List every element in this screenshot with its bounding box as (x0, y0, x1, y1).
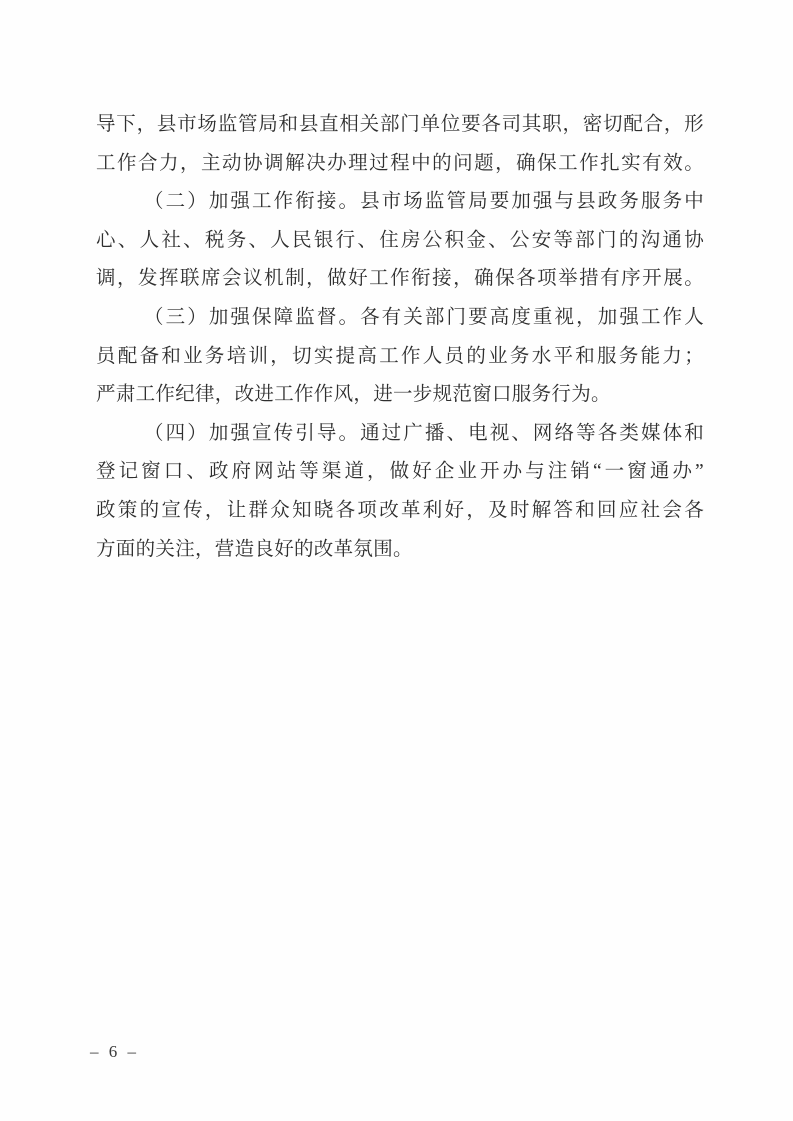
body-line: （三）加强保障监督。各有关部门要高度重视，加强工作人 (96, 299, 704, 338)
paragraph: 导下，县市场监管局和县直相关部门单位要各司其职，密切配合，形成工作合力，主动协调… (96, 106, 704, 183)
body-line: 政策的宣传，让群众知晓各项改革利好，及时解答和回应社会各 (96, 492, 704, 531)
body-line: 方面的关注，营造良好的改革氛围。 (96, 531, 704, 570)
body-line: 心、人社、税务、人民银行、住房公积金、公安等部门的沟通协 (96, 222, 704, 261)
body-line: 调，发挥联席会议机制，做好工作衔接，确保各项举措有序开展。 (96, 260, 704, 299)
body-line: 登记窗口、政府网站等渠道，做好企业开办与注销“一窗通办” (96, 453, 704, 492)
page-footer: – 6 – (90, 1039, 139, 1065)
body-line: 工作合力，主动协调解决办理过程中的问题，确保工作扎实有效。 (96, 145, 704, 184)
document-body: 导下，县市场监管局和县直相关部门单位要各司其职，密切配合，形成工作合力，主动协调… (96, 106, 704, 569)
body-line: 严肃工作纪律，改进工作作风，进一步规范窗口服务行为。 (96, 376, 704, 415)
page-number: – 6 – (90, 1042, 139, 1061)
document-page: 导下，县市场监管局和县直相关部门单位要各司其职，密切配合，形成工作合力，主动协调… (0, 0, 793, 1121)
paragraph: （三）加强保障监督。各有关部门要高度重视，加强工作人员配备和业务培训，切实提高工… (96, 299, 704, 415)
body-line: （二）加强工作衔接。县市场监管局要加强与县政务服务中 (96, 183, 704, 222)
paragraph: （四）加强宣传引导。通过广播、电视、网络等各类媒体和登记窗口、政府网站等渠道，做… (96, 415, 704, 569)
body-line: 导下，县市场监管局和县直相关部门单位要各司其职，密切配合，形成 (96, 106, 704, 145)
body-line: （四）加强宣传引导。通过广播、电视、网络等各类媒体和 (96, 415, 704, 454)
body-line: 员配备和业务培训，切实提高工作人员的业务水平和服务能力； (96, 338, 704, 377)
paragraph: （二）加强工作衔接。县市场监管局要加强与县政务服务中心、人社、税务、人民银行、住… (96, 183, 704, 299)
